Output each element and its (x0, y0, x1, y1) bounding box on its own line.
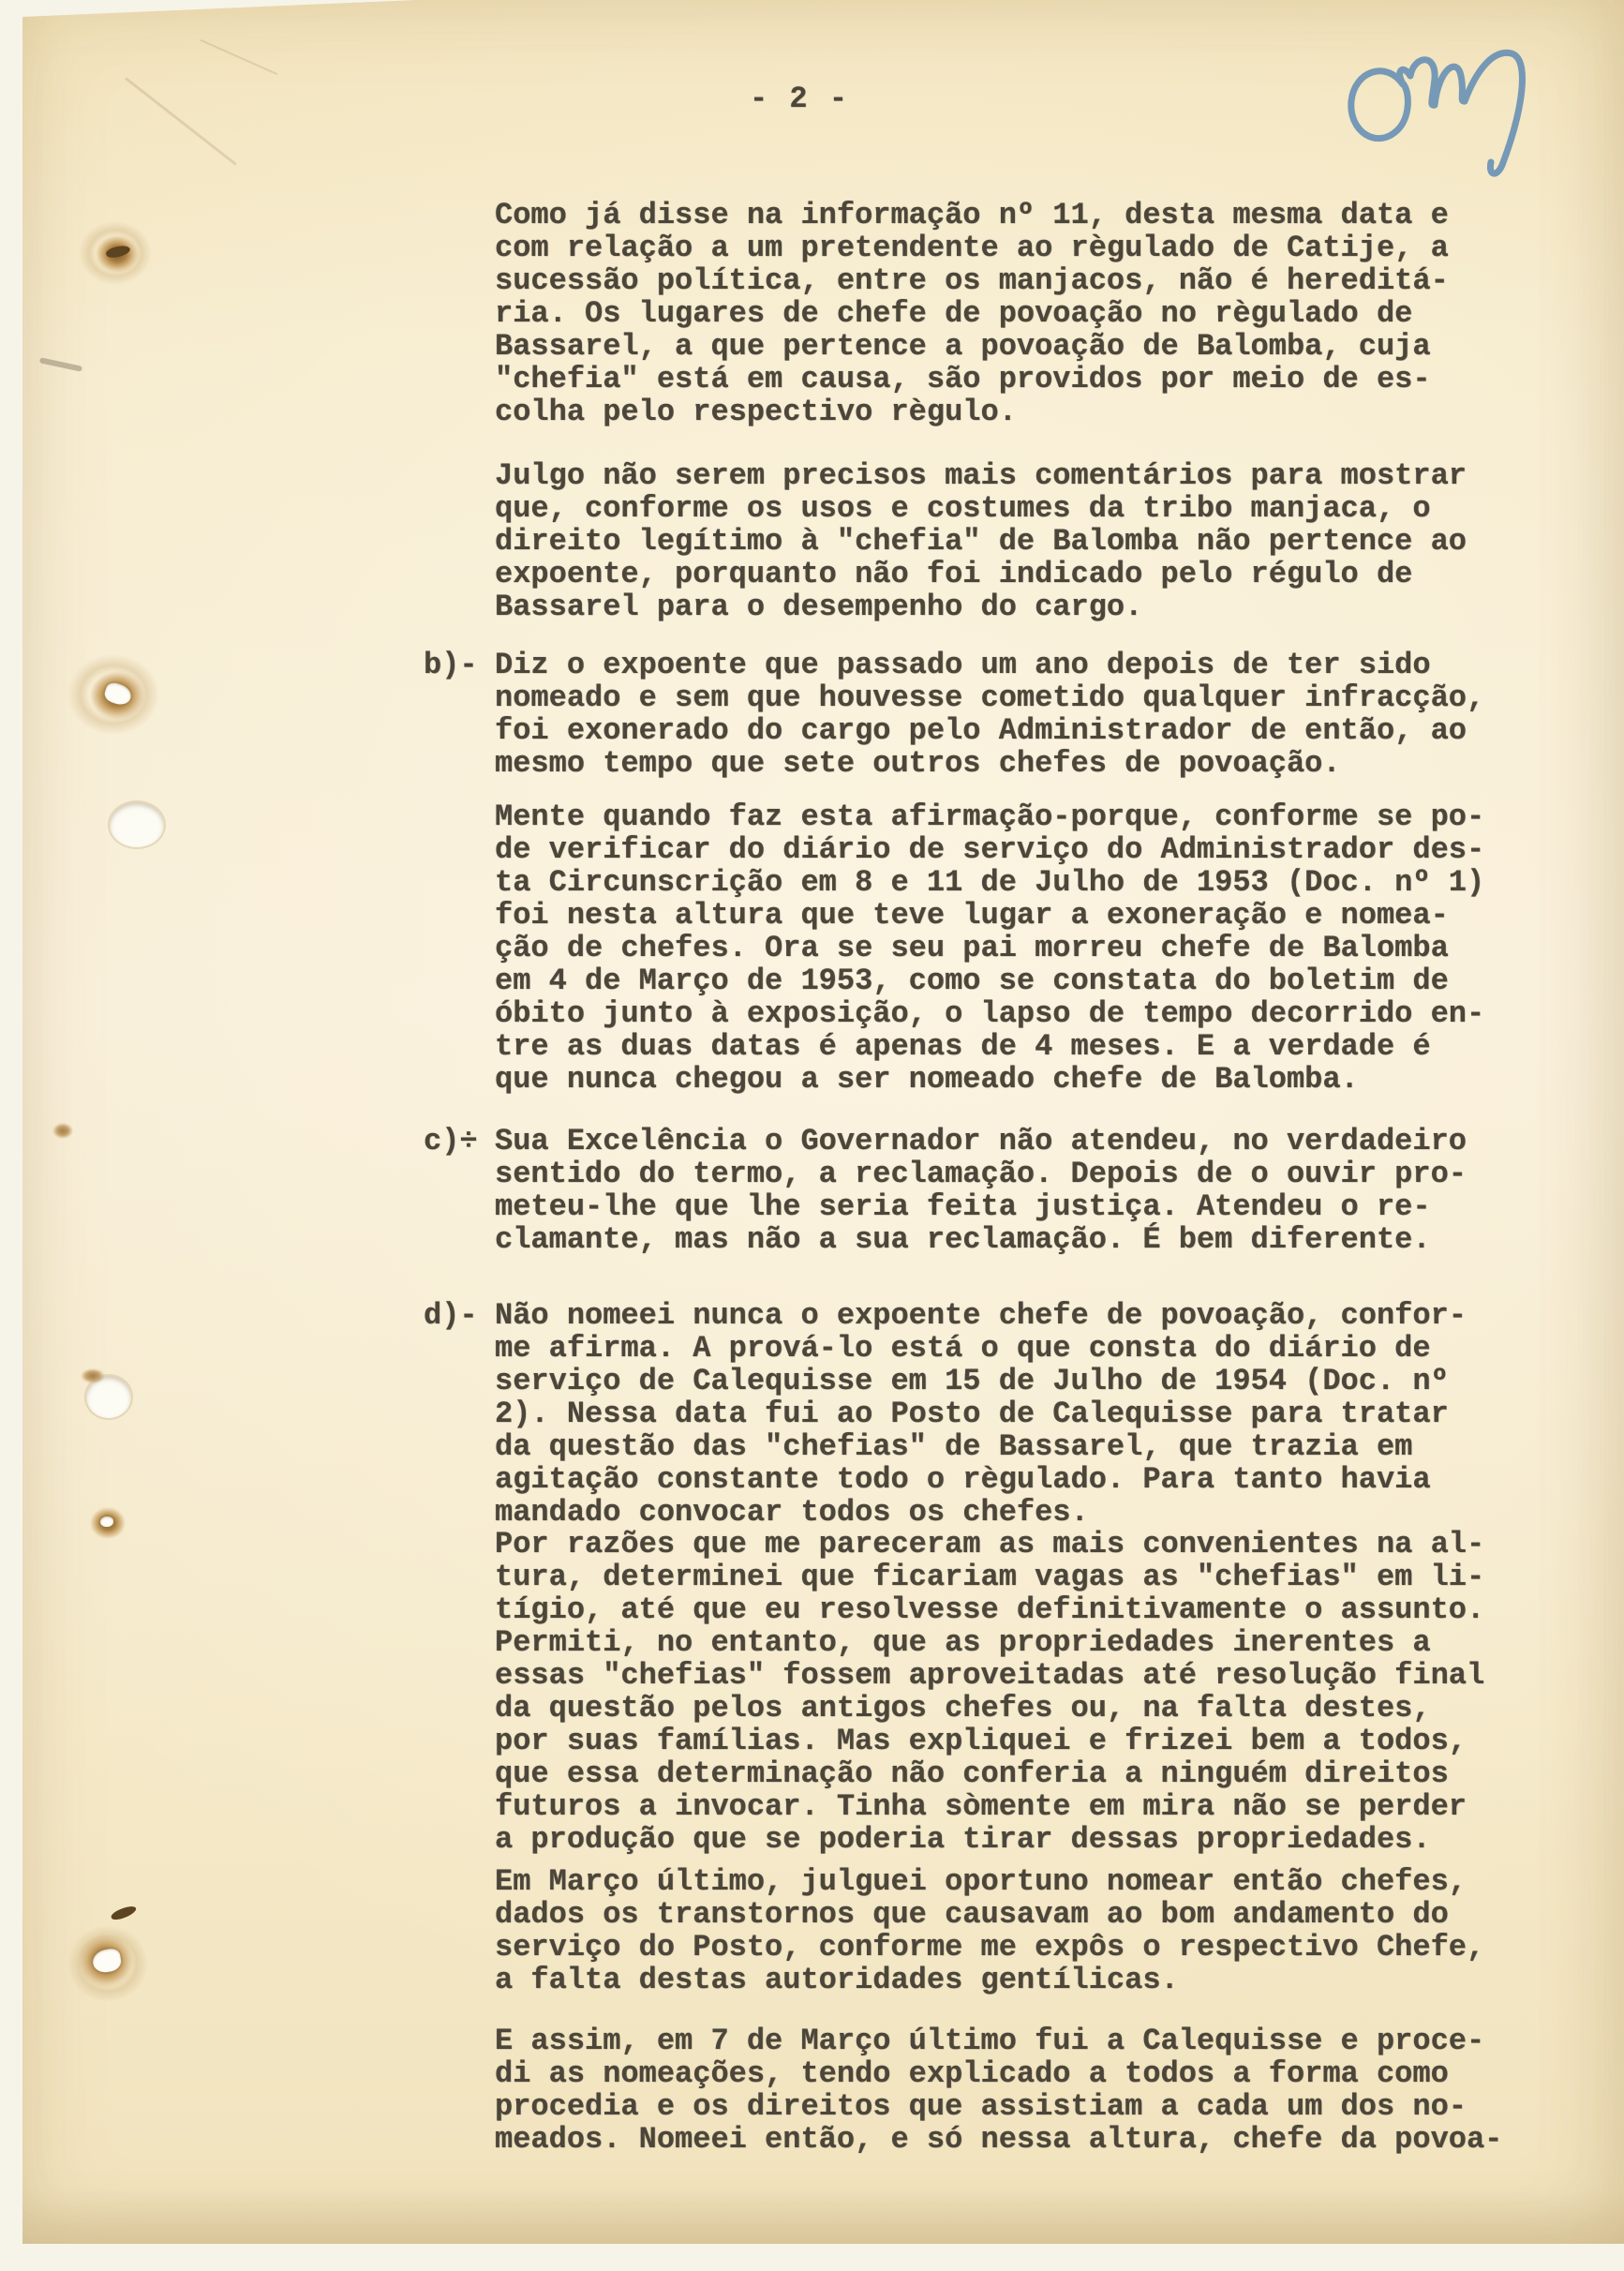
signature-stroke-icon (1326, 43, 1598, 184)
typed-paragraph: Em Março último, julguei oportuno nomear… (495, 1865, 1484, 1996)
typed-paragraph: Sua Excelência o Governador não atendeu,… (495, 1125, 1467, 1256)
item-marker-b: b)- (424, 649, 478, 681)
page-number: - 2 - (750, 82, 849, 115)
ink-stain (81, 1368, 105, 1383)
typed-paragraph: Julgo não serem precisos mais comentário… (495, 459, 1467, 623)
paper-tear (100, 1516, 113, 1527)
handwritten-initials (1326, 43, 1598, 188)
typed-paragraph: E assim, em 7 de Março último fui a Cale… (495, 2024, 1502, 2156)
typed-paragraph: Não nomeei nunca o expoente chefe de pov… (495, 1299, 1467, 1529)
ink-stain (52, 1123, 73, 1139)
item-marker-d: d)- (424, 1299, 478, 1332)
typed-paragraph: Por razões que me pareceram as mais conv… (495, 1528, 1484, 1856)
bottom-edge-shade (22, 2191, 1624, 2244)
punch-hole (110, 802, 164, 847)
item-marker-c: c)÷ (424, 1125, 478, 1158)
typed-paragraph: Mente quando faz esta afirmação-porque, … (495, 800, 1484, 1096)
typed-paragraph: Diz o expoente que passado um ano depois… (495, 649, 1484, 780)
typed-paragraph: Como já disse na informação nº 11, desta… (495, 199, 1449, 428)
scan-background: { "page": { "number_label": "- 2 -", "pa… (0, 0, 1624, 2271)
